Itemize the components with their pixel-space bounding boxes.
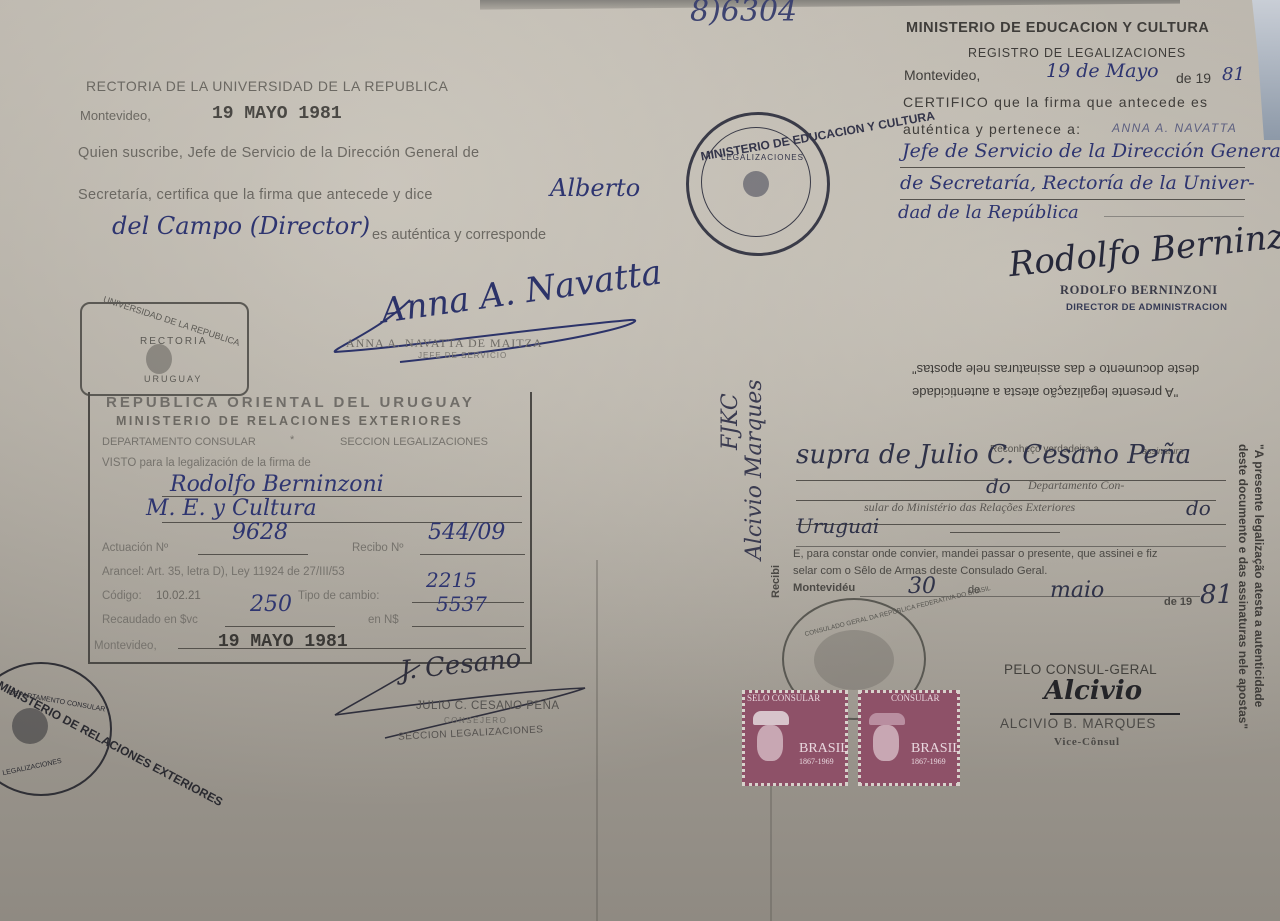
pelo-consul-label: PELO CONSUL-GERAL bbox=[1004, 662, 1157, 677]
consul-printed-dept: Departamento Con- bbox=[1028, 478, 1124, 493]
rectoria-place: Montevideo, bbox=[80, 108, 151, 123]
rectoria-hand-name-1: Alberto bbox=[550, 174, 640, 202]
rectoria-date-stamp: 19 MAYO 1981 bbox=[212, 104, 342, 124]
stamp-years: 1867-1969 bbox=[911, 757, 946, 766]
mec-body-line2: auténtica y pertenece a: bbox=[903, 121, 1081, 137]
recaudado-label: Recaudado en $vc bbox=[102, 614, 198, 626]
consular-stamp-right: CONSULAR BRASIL 1867-1969 bbox=[858, 690, 960, 786]
rectoria-header: RECTORIA DE LA UNIVERSIDAD DE LA REPUBLI… bbox=[86, 78, 448, 94]
rree-place: Montevideo, bbox=[94, 640, 157, 652]
portrait-icon bbox=[873, 725, 899, 761]
en-ns-value: 5537 bbox=[436, 592, 487, 616]
rectoria-body-line3: es auténtica y corresponde bbox=[372, 227, 546, 243]
stamp-years: 1867-1969 bbox=[799, 757, 834, 766]
consul-month: maio bbox=[1050, 578, 1104, 603]
tipo-cambio-label: Tipo de cambio: bbox=[298, 590, 379, 602]
consul-year: 81 bbox=[1200, 580, 1233, 610]
margin-initials: FJKC bbox=[718, 393, 743, 450]
portrait-icon bbox=[757, 725, 783, 761]
recibi-label: Recibi bbox=[770, 565, 782, 598]
consul-year-prefix: de 19 bbox=[1164, 596, 1192, 608]
paper-crease bbox=[596, 560, 598, 921]
consular-stamp-left: SELO CONSULAR BRASIL 1867-1969 bbox=[742, 690, 848, 786]
file-number: 8)6304 bbox=[690, 0, 797, 29]
mec-date-hand: 19 de Mayo bbox=[1046, 60, 1159, 82]
rectoria-body-line2: Secretaría, certifica que la firma que a… bbox=[78, 187, 433, 203]
mec-hand-line3: dad de la República bbox=[898, 202, 1079, 223]
stamp-header: CONSULAR bbox=[891, 693, 940, 703]
coat-of-arms-icon bbox=[12, 708, 48, 744]
consul-printed-sular: sular do Ministério das Relações Exterio… bbox=[864, 500, 1075, 515]
hat-icon bbox=[753, 711, 789, 725]
rree-line2: MINISTERIO DE RELACIONES EXTERIORES bbox=[116, 414, 463, 428]
mec-hand-line1: Jefe de Servicio de la Dirección General bbox=[902, 140, 1280, 162]
consul-hand-country: Uruguai bbox=[796, 514, 879, 538]
mec-signer-name: RODOLFO BERNINZONI bbox=[1060, 283, 1218, 298]
rree-signer-name: JULIO C. CESANO PEÑA bbox=[416, 700, 560, 712]
rree-section: SECCION LEGALIZACIONES bbox=[340, 436, 488, 448]
tipo-cambio-value: 2215 bbox=[426, 568, 477, 592]
consul-place: Montevidéu bbox=[793, 582, 855, 594]
codigo-value: 10.02.21 bbox=[156, 590, 201, 602]
consul-signature: Alcivio bbox=[1044, 676, 1142, 706]
recaudado-value: 250 bbox=[250, 592, 292, 617]
cap-icon bbox=[869, 713, 905, 725]
consul-signer-name: ALCIVIO B. MARQUES bbox=[1000, 716, 1156, 731]
upside-down-line2: deste documento e das assinaturas nele a… bbox=[912, 362, 1199, 377]
box-stamp-line: RECTORIA bbox=[140, 336, 208, 347]
rree-legalization-box: REPUBLICA ORIENTAL DEL URUGUAY MINISTERI… bbox=[88, 392, 532, 664]
rree-sep: * bbox=[290, 434, 294, 446]
rree-line1: REPUBLICA ORIENTAL DEL URUGUAY bbox=[106, 394, 475, 411]
mec-typed-name: ANNA A. NAVATTA bbox=[1112, 121, 1237, 135]
en-ns-label: en N$ bbox=[368, 614, 399, 626]
actuacion-value: 9628 bbox=[232, 520, 288, 545]
recibo-label: Recibo Nº bbox=[352, 542, 404, 554]
mec-place: Montevideo, bbox=[904, 67, 980, 83]
recibo-value: 544/09 bbox=[428, 520, 505, 545]
consul-day: 30 bbox=[908, 574, 936, 599]
consul-body1: E, para constar onde convier, mandei pas… bbox=[793, 548, 1157, 560]
mec-signer-title: DIRECTOR DE ADMINISTRACION bbox=[1066, 302, 1227, 313]
rree-visto: VISTO para la legalización de la firma d… bbox=[102, 457, 311, 469]
stamp-country: BRASIL bbox=[799, 741, 849, 757]
rree-signer-title: CONSEJERO bbox=[444, 716, 507, 725]
rectoria-body-line1: Quien suscribe, Jefe de Servicio de la D… bbox=[78, 145, 479, 161]
stamp-country: BRASIL bbox=[911, 741, 961, 757]
arancel-text: Arancel: Art. 35, letra D), Ley 11924 de… bbox=[102, 566, 345, 578]
mec-body-line1: CERTIFICO que la firma que antecede es bbox=[903, 94, 1208, 110]
mec-title: MINISTERIO DE EDUCACION Y CULTURA bbox=[906, 20, 1209, 36]
consul-hand-do: do bbox=[986, 474, 1011, 498]
mec-year-prefix: de 19 bbox=[1176, 70, 1211, 86]
emblem-icon bbox=[743, 171, 769, 197]
mec-subtitle: REGISTRO DE LEGALIZACIONES bbox=[968, 46, 1186, 60]
consul-hand-line1: supra de Julio C. Cesano Peña bbox=[796, 440, 1191, 470]
rectoria-signer-title: JEFE DE SERVICIO bbox=[418, 351, 507, 360]
rree-hand-name: Rodolfo Berninzoni bbox=[170, 472, 384, 497]
rree-date-stamp: 19 MAYO 1981 bbox=[218, 632, 348, 652]
consul-hand-do2: do bbox=[1186, 496, 1211, 520]
mec-round-seal: MINISTERIO DE EDUCACION Y CULTURA LEGALI… bbox=[686, 112, 830, 256]
rectoria-box-stamp: UNIVERSIDAD DE LA REPUBLICA RECTORIA URU… bbox=[80, 302, 249, 396]
mec-hand-line2: de Secretaría, Rectoría de la Univer- bbox=[900, 172, 1255, 194]
rectoria-signer-name: ANNA A. NAVATTA DE MAITZA bbox=[346, 336, 543, 351]
coat-of-arms-icon bbox=[814, 630, 894, 690]
mec-year-hand: 81 bbox=[1222, 64, 1245, 85]
upside-down-line1: "A presente legalização atesta a autenti… bbox=[912, 385, 1178, 400]
consul-signer-title: Vice-Cônsul bbox=[1054, 736, 1120, 748]
box-stamp-line: URUGUAY bbox=[144, 374, 202, 384]
codigo-label: Código: bbox=[102, 590, 142, 602]
coat-of-arms-icon bbox=[146, 344, 172, 374]
side-vertical-line2: deste documento e das assinaturas nele a… bbox=[1236, 444, 1250, 729]
actuacion-label: Actuación Nº bbox=[102, 542, 168, 554]
side-vertical-line1: "A presente legalização atesta a autenti… bbox=[1252, 444, 1266, 707]
rree-seal-bottom-text: LEGALIZACIONES bbox=[2, 758, 62, 777]
mec-seal-inner-text: LEGALIZACIONES bbox=[721, 153, 804, 162]
rectoria-hand-name-2: del Campo (Director) bbox=[112, 212, 370, 240]
rree-hand-org: M. E. y Cultura bbox=[146, 496, 317, 521]
rree-dept: DEPARTAMENTO CONSULAR bbox=[102, 436, 256, 448]
margin-signature: Alcivio Marques bbox=[742, 379, 767, 560]
stamp-header: SELO CONSULAR bbox=[747, 693, 820, 703]
